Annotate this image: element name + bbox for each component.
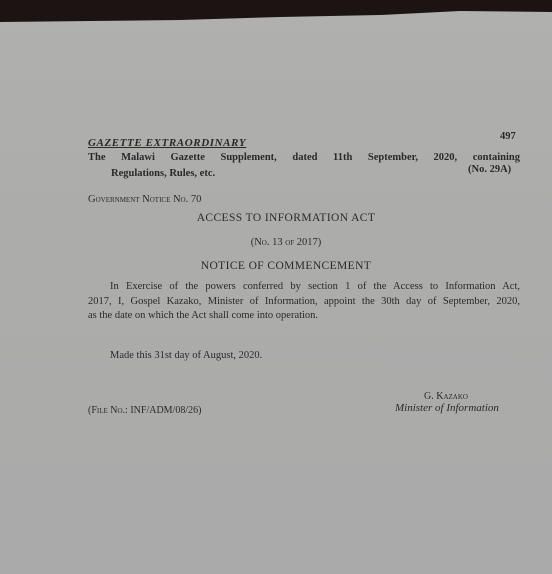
supplement-contents: Regulations, Rules, etc. (111, 167, 215, 180)
signatory-title: Minister of Information (395, 402, 499, 415)
body-line: 2017, I, Gospel Kazako, Minister of Info… (88, 295, 520, 310)
supplement-line: The Malawi Gazette Supplement, dated 11t… (88, 151, 520, 164)
act-title: ACCESS TO INFORMATION ACT (0, 212, 552, 225)
body-line: as the date on which the Act shall come … (88, 309, 520, 324)
notice-title: NOTICE OF COMMENCEMENT (0, 260, 552, 273)
government-notice-number: Government Notice No. 70 (88, 193, 201, 206)
act-number: (No. 13 of 2017) (0, 236, 552, 249)
made-date: Made this 31st day of August, 2020. (110, 349, 262, 362)
body-line: In Exercise of the powers conferred by s… (88, 280, 520, 295)
supplement-number: (No. 29A) (468, 163, 511, 176)
file-number: (File No.: INF/ADM/08/26) (88, 404, 201, 417)
notice-body: In Exercise of the powers conferred by s… (88, 280, 520, 324)
page-number: 497 (500, 130, 516, 143)
gazette-title: GAZETTE EXTRAORDINARY (88, 137, 246, 150)
